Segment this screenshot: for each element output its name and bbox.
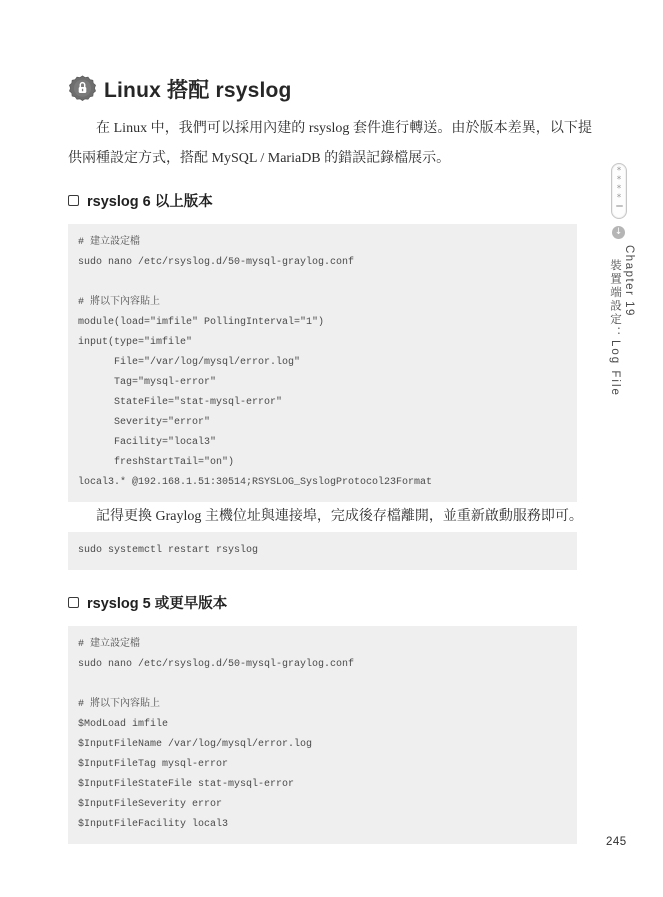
reminder-paragraph: 記得更換 Graylog 主機位址與連接埠，完成後存檔離開，並重新啟動服務即可。 (68, 502, 592, 532)
asterisk-marks-icon: * * * * (617, 167, 622, 203)
tab-dash-icon (616, 205, 623, 207)
book-page: Linux 搭配 rsyslog 在 Linux 中，我們可以採用內建的 rsy… (0, 0, 663, 897)
section-heading-rsyslog5: rsyslog 5 或更早版本 (68, 592, 592, 613)
section-heading-label: rsyslog 6 以上版本 (87, 190, 213, 211)
square-bullet-icon (68, 195, 79, 206)
chapter-tab-marker: * * * * (611, 163, 627, 219)
main-content: Linux 搭配 rsyslog 在 Linux 中，我們可以採用內建的 rsy… (68, 74, 592, 844)
intro-paragraph: 在 Linux 中，我們可以採用內建的 rsyslog 套件進行轉送。由於版本差… (68, 114, 592, 174)
code-block-rsyslog6-config: # 建立設定檔 sudo nano /etc/rsyslog.d/50-mysq… (68, 224, 577, 502)
page-number: 245 (606, 836, 627, 848)
shield-lock-icon (68, 75, 96, 104)
chapter-sidebar: Chapter 19 裝置端設定：Log File (607, 245, 635, 805)
code-block-rsyslog5-config: # 建立設定檔 sudo nano /etc/rsyslog.d/50-mysq… (68, 626, 577, 844)
chapter-section-header: Linux 搭配 rsyslog (68, 74, 592, 104)
section-heading-rsyslog6: rsyslog 6 以上版本 (68, 190, 592, 211)
chapter-number-label: Chapter 19 (623, 245, 635, 805)
code-block-restart-service: sudo systemctl restart rsyslog (68, 532, 577, 570)
section-heading-label: rsyslog 5 或更早版本 (87, 592, 227, 613)
square-bullet-icon (68, 597, 79, 608)
page-title: Linux 搭配 rsyslog (104, 74, 292, 104)
circle-down-arrow-icon: ↓ (612, 226, 625, 239)
chapter-title-label: 裝置端設定：Log File (607, 259, 623, 805)
